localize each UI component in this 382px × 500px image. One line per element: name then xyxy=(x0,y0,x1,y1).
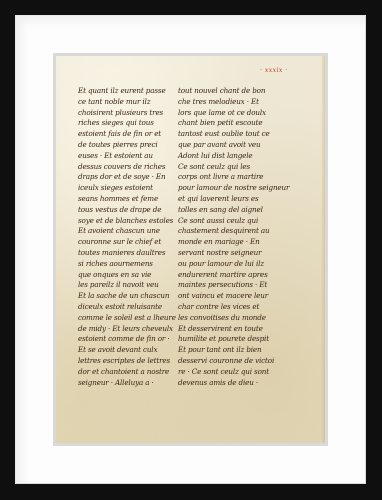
manuscript-line: pour lamour de nostre seigneur xyxy=(178,183,278,194)
manuscript-line: et qui laverent leurs es xyxy=(178,194,278,205)
manuscript-line: Ce sont aussi ceulz qui xyxy=(178,216,278,227)
manuscript-line: tout nouvel chant de bon xyxy=(178,86,278,97)
manuscript-line: maintes persecutions · Et xyxy=(178,280,278,291)
manuscript-line: dessus couvers de riches xyxy=(78,162,178,173)
manuscript-line: Ce sont ceulz qui les xyxy=(178,162,278,173)
manuscript-line: riches sieges qui tous xyxy=(78,118,178,129)
manuscript-line: chant bien petit escoute xyxy=(178,118,278,129)
manuscript-line: que par avant avoit veu xyxy=(178,140,278,151)
manuscript-line: comme le soleil est a lheure xyxy=(78,313,178,324)
manuscript-line: desservi couronne de victoi xyxy=(178,356,278,367)
manuscript-line: tolles en sang del aignel xyxy=(178,205,278,216)
manuscript-line: endurerent martire apres xyxy=(178,270,278,281)
manuscript-line: re · Ce sont ceulz qui sont xyxy=(178,367,278,378)
manuscript-line: les pareilz il navoit veu xyxy=(78,280,178,291)
manuscript-line: estoient fais de fin or et xyxy=(78,129,178,140)
manuscript-line: ou pour lamour de lui ilz xyxy=(178,259,278,270)
manuscript-line: si riches aournemens xyxy=(78,259,178,270)
manuscript-line: ont vaincu et macere leur xyxy=(178,291,278,302)
manuscript-line: seigneur · Alleluya a · xyxy=(78,378,178,389)
manuscript-line: de midy · Et leurs cheveulx xyxy=(78,324,178,335)
manuscript-line: Et desservirent en toute xyxy=(178,324,278,335)
manuscript-line: seans hommes et feme xyxy=(78,194,178,205)
manuscript-line: corps ont livre a martire xyxy=(178,172,278,183)
manuscript-line: couronne sur le chief et xyxy=(78,237,178,248)
manuscript-line: tantost eust oublie tout ce xyxy=(178,129,278,140)
manuscript-line: chastement desquirent au xyxy=(178,226,278,237)
manuscript-line: lettres escriptes de lettres xyxy=(78,356,178,367)
manuscript-line: iceulx sieges estoient xyxy=(78,183,178,194)
manuscript-line: que onques en sa vie xyxy=(78,270,178,281)
manuscript-line: toutes manieres daultres xyxy=(78,248,178,259)
text-column-right: tout nouvel chant de bonche tres melodie… xyxy=(178,86,278,388)
manuscript-line: Adont lui dist langele xyxy=(178,151,278,162)
manuscript-line: de toutes pierres preci xyxy=(78,140,178,151)
text-column-left: Et quant ilz eurent passece tant noble m… xyxy=(78,86,178,388)
manuscript-line: char contre les vices et xyxy=(178,302,278,313)
manuscript-line: les convoitises du monde xyxy=(178,313,278,324)
manuscript-line: Et pour tant ont ilz bien xyxy=(178,345,278,356)
manuscript-line: euses · Et estoient au xyxy=(78,151,178,162)
manuscript-line: Et quant ilz eurent passe xyxy=(78,86,178,97)
manuscript-line: ce tant noble mur ilz xyxy=(78,97,178,108)
manuscript-line: lors que lame ot ce doulx xyxy=(178,108,278,119)
manuscript-line: Et avoient chascun une xyxy=(78,226,178,237)
manuscript-line: diceulx estoit reluisante xyxy=(78,302,178,313)
manuscript-line: estoient comme de fin or · xyxy=(78,334,178,345)
manuscript-page: · xxxix · Et quant ilz eurent passece ta… xyxy=(56,56,325,443)
folio-number: · xxxix · xyxy=(260,67,288,74)
manuscript-line: dor et chantoient a nostre xyxy=(78,367,178,378)
manuscript-line: Et la sache de un chascun xyxy=(78,291,178,302)
manuscript-line: che tres melodieux · Et xyxy=(178,97,278,108)
manuscript-line: soye et de blanches estoles xyxy=(78,216,178,227)
manuscript-line: Et se avoit devant culx xyxy=(78,345,178,356)
manuscript-line: choisirent plusieurs tres xyxy=(78,108,178,119)
manuscript-line: monde en mariage · En xyxy=(178,237,278,248)
manuscript-line: devenus amis de dieu · xyxy=(178,378,278,389)
manuscript-line: humilite et pourete despit xyxy=(178,334,278,345)
picture-frame: · xxxix · Et quant ilz eurent passece ta… xyxy=(0,0,382,500)
manuscript-line: tous vestus de drape de xyxy=(78,205,178,216)
manuscript-line: servant nostre seigneur xyxy=(178,248,278,259)
manuscript-line: draps dor et de soye · En xyxy=(78,172,178,183)
